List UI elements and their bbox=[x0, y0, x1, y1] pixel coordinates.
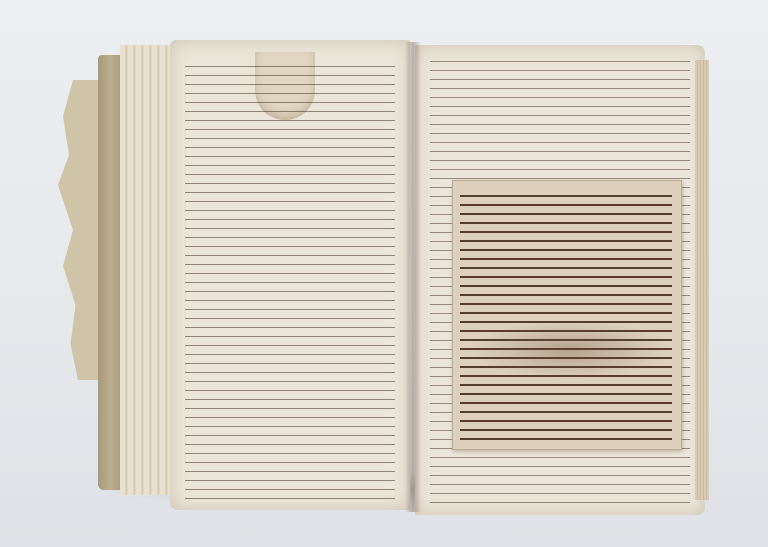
ink-stain bbox=[470, 320, 670, 380]
book-gutter bbox=[405, 42, 421, 512]
left-page-handwriting bbox=[185, 60, 395, 500]
slip-handwriting bbox=[460, 190, 672, 440]
right-page-edges bbox=[695, 60, 709, 500]
manuscript-photo: Open bound manuscript with densely handw… bbox=[0, 0, 768, 547]
